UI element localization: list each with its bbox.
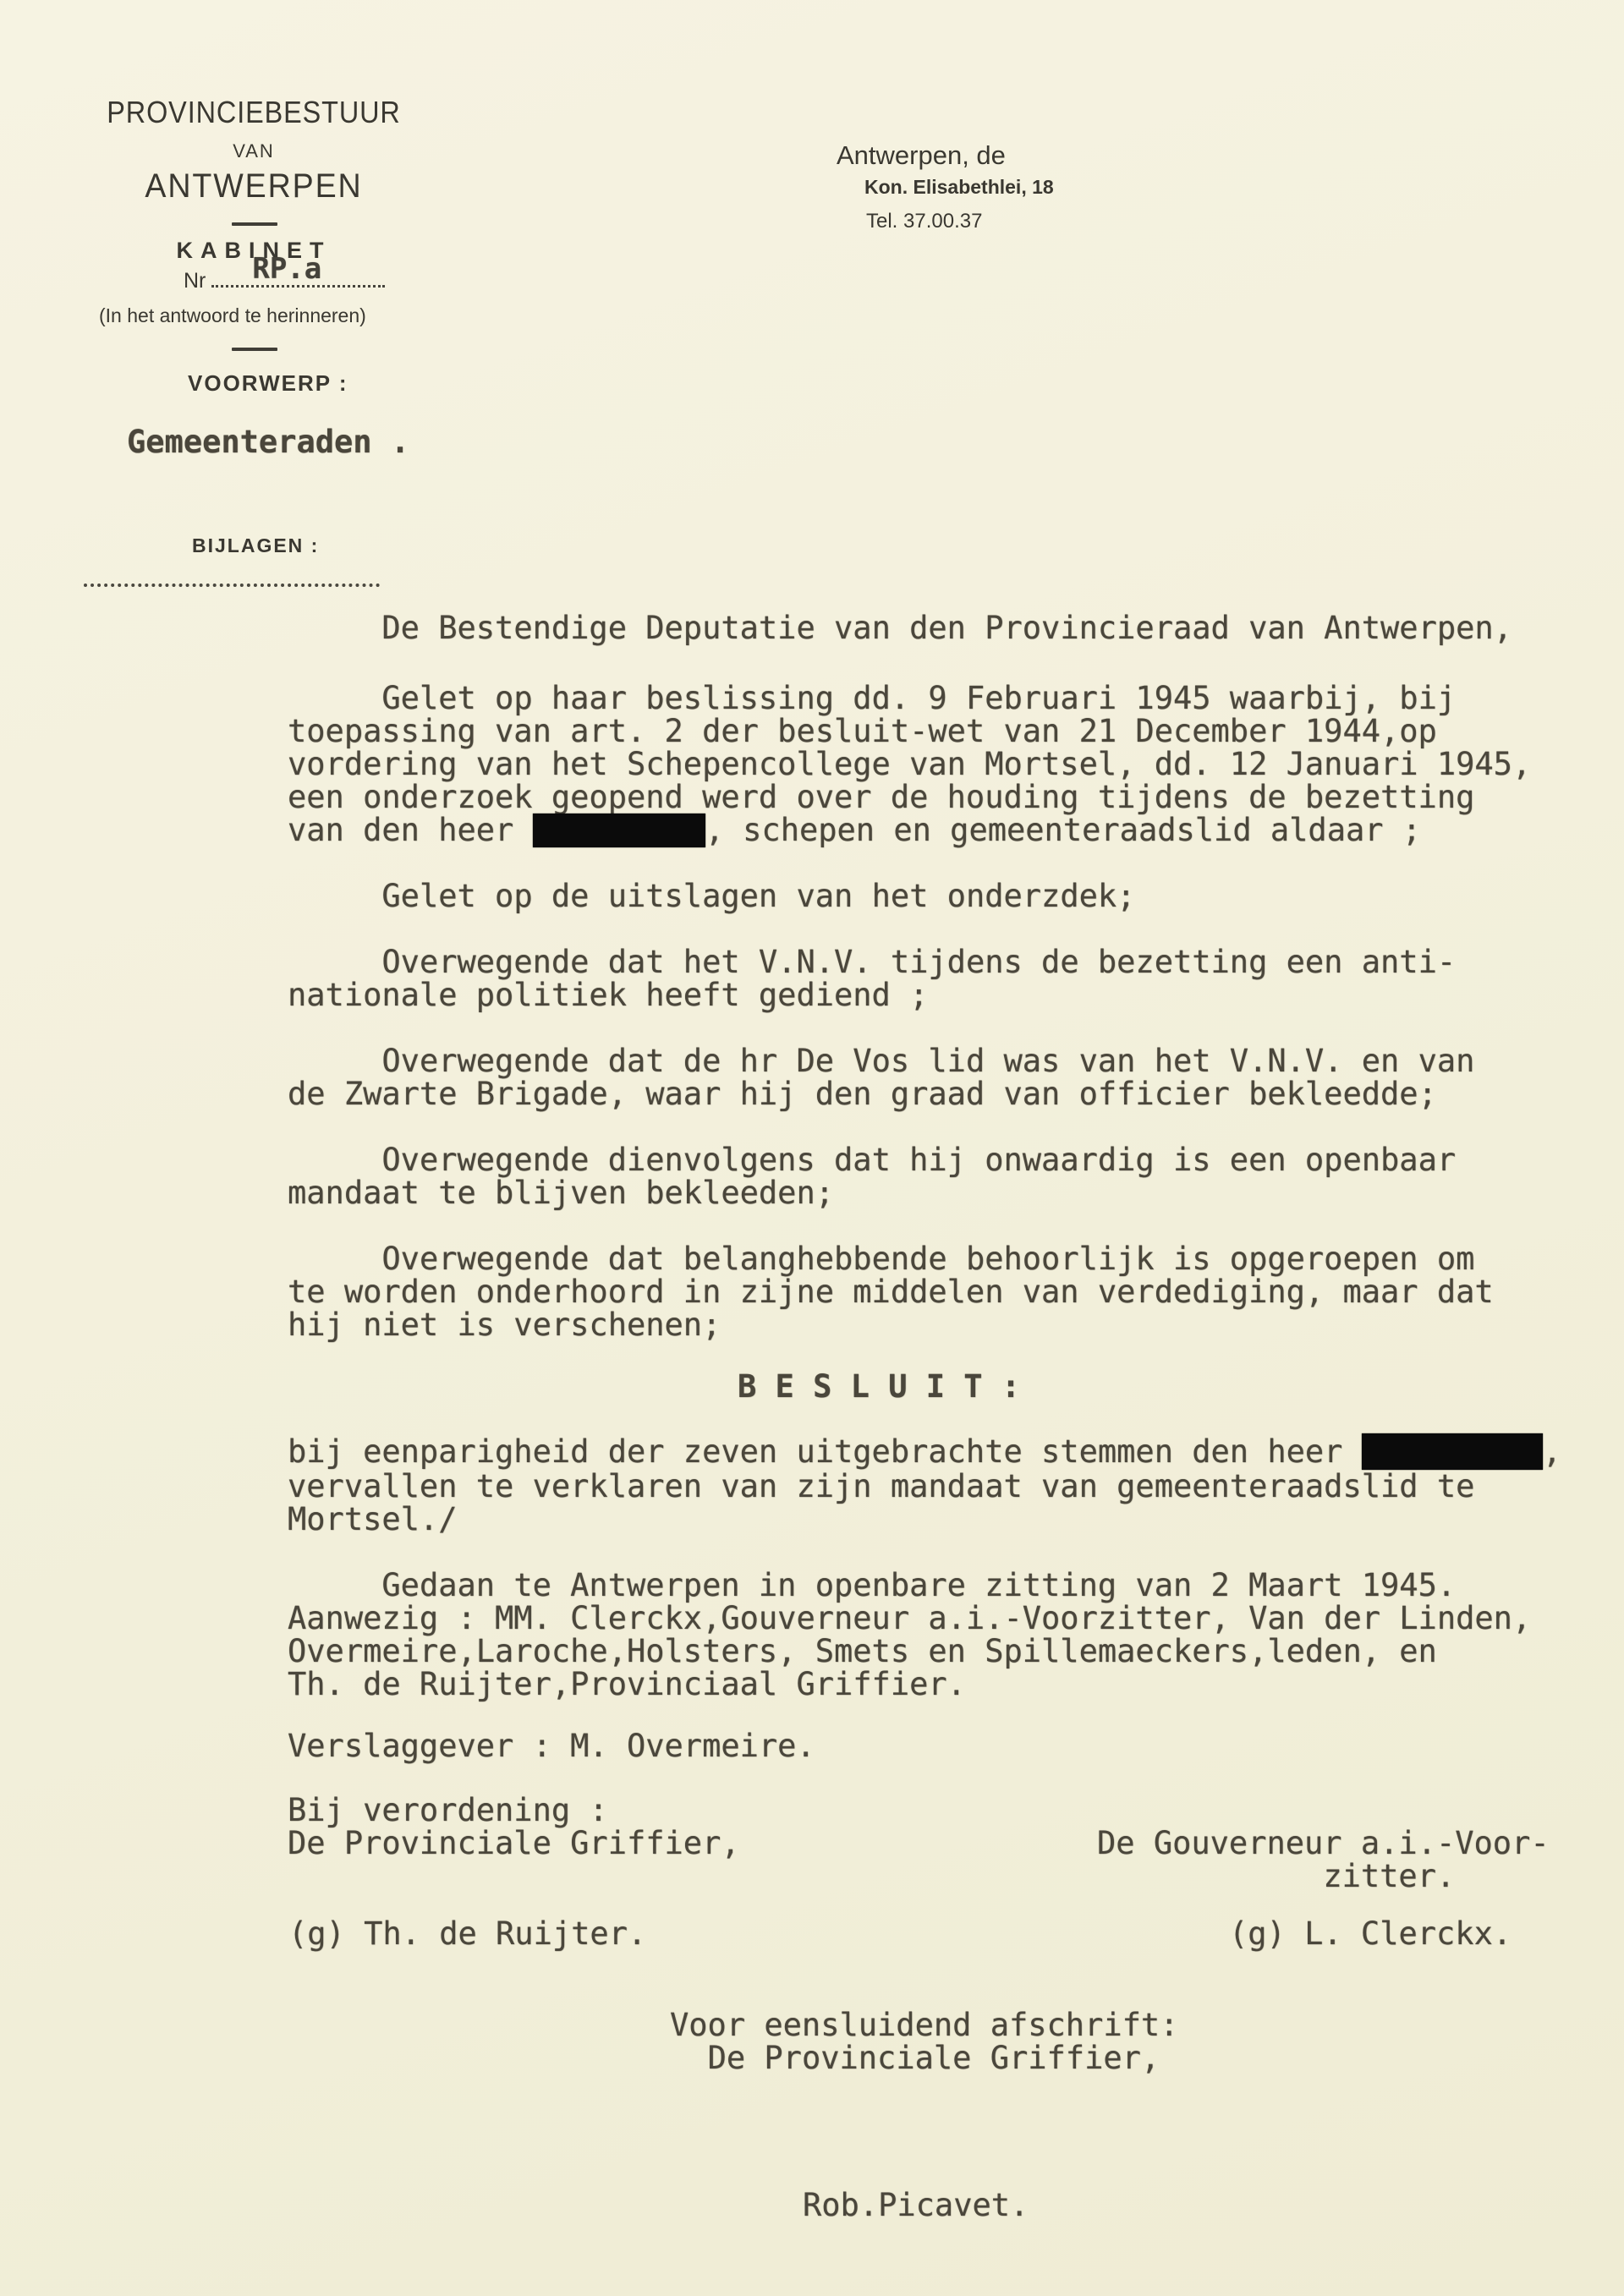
paragraph-finding: Gelet op de uitslagen van het onderzdek; (288, 879, 1135, 912)
ordinance-block: Bij verordening : De Provinciale Griffie… (288, 1794, 740, 1860)
reply-reminder-note: (In het antwoord te herinneren) (99, 304, 366, 327)
paragraph-finding: Overwegende dienvolgens dat hij onwaardi… (288, 1143, 1456, 1209)
reference-number-row: Nr RP.a (184, 266, 385, 293)
attachments-label: BIJLAGEN : (192, 534, 319, 557)
dotted-rule (84, 568, 380, 587)
paragraph-considerans: Gelet op haar beslissing dd. 9 Februari … (288, 682, 1531, 847)
paragraph-finding: Overwegende dat de hr De Vos lid was van… (288, 1044, 1474, 1110)
rapporteur-line: Verslaggever : M. Overmeire. (288, 1729, 815, 1762)
paragraph-closing: Gedaan te Antwerpen in openbare zitting … (288, 1569, 1531, 1701)
paragraph-intro: De Bestendige Deputatie van den Provinci… (288, 611, 1512, 644)
redacted-name-box (1362, 1433, 1543, 1470)
subject-value: Gemeenteraden . (127, 425, 409, 458)
decision-text-before: bij eenparigheid der zeven uitgebrachte … (288, 1433, 1362, 1470)
paragraph-decision: bij eenparigheid der zeven uitgebrachte … (288, 1433, 1561, 1536)
address-phone: Tel. 37.00.37 (866, 210, 1054, 233)
document-page: PROVINCIEBESTUUR VAN ANTWERPEN KABINET N… (0, 0, 1624, 2296)
reference-number-label: Nr (184, 269, 206, 293)
letterhead-org-line1: PROVINCIEBESTUUR (25, 95, 482, 130)
considerans-text-after: , schepen en gemeenteraadslid aldaar ; (705, 812, 1421, 848)
redacted-name-box (533, 814, 705, 847)
letterhead-org-line2: VAN (0, 140, 507, 162)
address-city-line: Antwerpen, de (837, 140, 1054, 171)
certification-name: Rob.Picavet. (803, 2189, 1029, 2222)
address-block: Antwerpen, de Kon. Elisabethlei, 18 Tel.… (837, 140, 1054, 233)
reference-number-value: RP.a (252, 255, 321, 283)
letterhead-divider-rule (232, 222, 277, 226)
letterhead-org-line3: ANTWERPEN (15, 167, 492, 205)
paragraph-finding: Overwegende dat het V.N.V. tijdens de be… (288, 945, 1456, 1011)
signature-right-name: (g) L. Clerckx. (1229, 1917, 1512, 1950)
address-street: Kon. Elisabethlei, 18 (864, 176, 1054, 199)
besluit-heading: B E S L U I T : (738, 1370, 1020, 1403)
signature-right-title: De Gouverneur a.i.-Voor- zitter. (1097, 1827, 1550, 1893)
reference-number-dotted-line: RP.a (211, 266, 385, 288)
signature-left-name: (g) Th. de Ruijter. (288, 1917, 646, 1950)
certification-block: Voor eensluidend afschrift: De Provincia… (670, 2008, 1178, 2074)
letterhead-divider-rule-2 (232, 348, 277, 351)
paragraph-finding: Overwegende dat belanghebbende behoorlij… (288, 1242, 1494, 1341)
subject-label: VOORWERP : (188, 370, 348, 397)
